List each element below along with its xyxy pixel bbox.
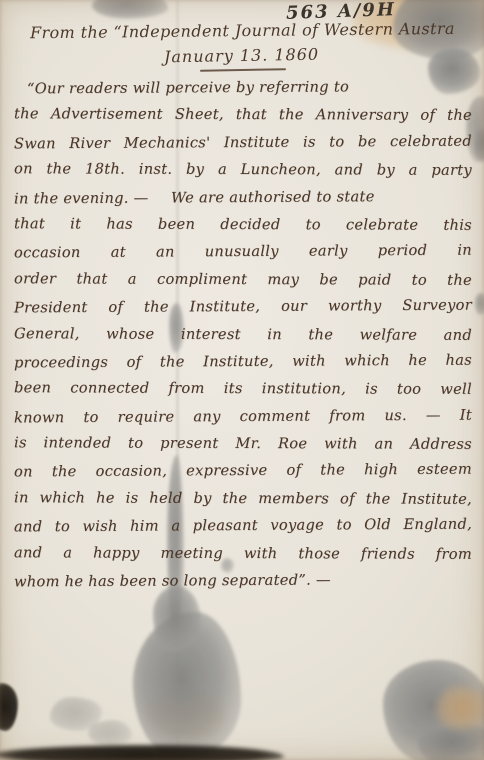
manuscript-line: proceedings of the Institute, with which… [14, 347, 472, 377]
stain-bottom-center-lobe [153, 586, 201, 652]
manuscript-line: General, whose interest in the welfare a… [14, 320, 472, 349]
manuscript-page: 563 A/9H From the “Independent Journal o… [0, 0, 484, 760]
stain-bottom-edge-band [0, 745, 284, 760]
stain-top-left [92, 0, 168, 19]
stain-bottom-left-speck2 [88, 720, 132, 746]
manuscript-line: and to wish him a pleasant voyage to Old… [14, 511, 472, 541]
stain-bottom-center [133, 612, 241, 760]
manuscript-line: on the occasion, expressive of the high … [14, 456, 472, 486]
manuscript-line: “Our readers will perceive by referring … [14, 73, 472, 103]
manuscript-line: occasion at an unusually early period in [14, 237, 472, 267]
date-line: January 13. 1860 [164, 45, 319, 67]
stain-bottom-left-black [0, 683, 18, 731]
manuscript-line: on the 18th. inst. by a Luncheon, and by… [14, 155, 472, 184]
manuscript-line: been connected from its institution, is … [14, 374, 472, 403]
stain-bottom-right-lobe [418, 722, 484, 760]
stain-right-middle [475, 293, 484, 315]
stain-right-edge [474, 128, 484, 162]
manuscript-line: in the evening. — We are authorised to s… [14, 182, 472, 212]
manuscript-line: order that a compliment may be paid to t… [14, 265, 472, 294]
stain-bottom-left-speck [50, 697, 102, 731]
stain-bottom-right-tan [436, 686, 484, 730]
stain-bottom-right [383, 660, 484, 760]
manuscript-line: is intended to present Mr. Roe with an A… [14, 429, 472, 458]
manuscript-line: Swan River Mechanics' Institute is to be… [14, 127, 472, 157]
manuscript-line: that it has been decided to celebrate th… [14, 210, 472, 239]
manuscript-body: “Our readers will perceive by referring … [14, 74, 472, 594]
manuscript-line: known to require any comment from us. — … [14, 401, 472, 431]
manuscript-line: and a happy meeting with those friends f… [14, 539, 472, 568]
manuscript-line: the Advertisement Sheet, that the Annive… [14, 101, 472, 130]
date-line-wrap: January 13. 1860 [0, 46, 484, 65]
manuscript-line: President of the Institute, our worthy S… [14, 292, 472, 322]
date-underline [200, 68, 286, 72]
source-citation: From the “Independent Journal of Western… [30, 19, 470, 43]
manuscript-line: whom he has been so long separated”. — [14, 566, 472, 596]
stain-bottom-center-tan [146, 688, 224, 740]
manuscript-line: in which he is held by the members of th… [14, 484, 472, 513]
